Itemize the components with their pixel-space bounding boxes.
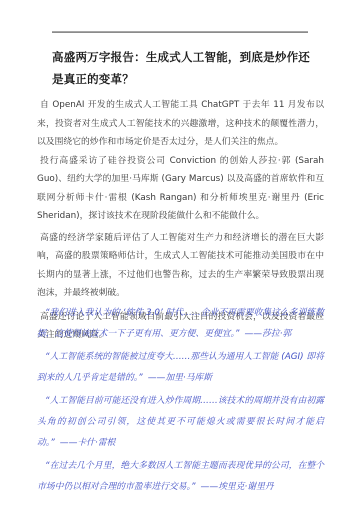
quote-attribution: ——埃里克·谢里丹: [201, 482, 274, 492]
title-divider: [52, 31, 308, 33]
quote-attribution: ——加里·马库斯: [148, 373, 212, 383]
quote-paragraph: “在过去几个月里，绝大多数因人工智能主题而表现优异的公司，在整个市场中仍以相对合…: [37, 456, 324, 498]
quote-section: “我们进入我认为的 ‘软件 3.0’ 时代……企业不再需要收集这么多训练数据，这…: [37, 303, 324, 500]
quote-attribution: ——莎拉·郭: [245, 329, 292, 339]
article-paragraph: 投行高盛采访了硅谷投资公司 Conviction 的创始人莎拉·郭 (Sarah…: [37, 152, 324, 226]
article-paragraph: 高盛的经济学家随后评估了人工智能对生产力和经济增长的潜在巨大影响，高盛的股票策略…: [37, 229, 324, 303]
quote-paragraph: “人工智能目前可能还没有进入炒作周期……该技术的周期并没有由初露头角的初创公司引…: [37, 391, 324, 454]
quote-text: “在过去几个月里，绝大多数因人工智能主题而表现优异的公司，在整个市场中仍以相对合…: [37, 461, 324, 492]
quote-paragraph: “人工智能系统的智能被过度夸大……那些认为通用人工智能 (AGI) 即将到来的人…: [37, 347, 324, 389]
article-paragraph: 自 OpenAI 开发的生成式人工智能工具 ChatGPT 于去年 11 月发布…: [37, 96, 324, 152]
article-title: 高盛两万字报告：生成式人工智能，到底是炒作还是真正的变革？: [52, 46, 310, 90]
article-page: 高盛两万字报告：生成式人工智能，到底是炒作还是真正的变革？ 自 OpenAI 开…: [0, 0, 360, 509]
quote-attribution: ——卡什·雷根: [60, 438, 116, 448]
quote-paragraph: “我们进入我认为的 ‘软件 3.0’ 时代……企业不再需要收集这么多训练数据，这…: [37, 303, 324, 345]
